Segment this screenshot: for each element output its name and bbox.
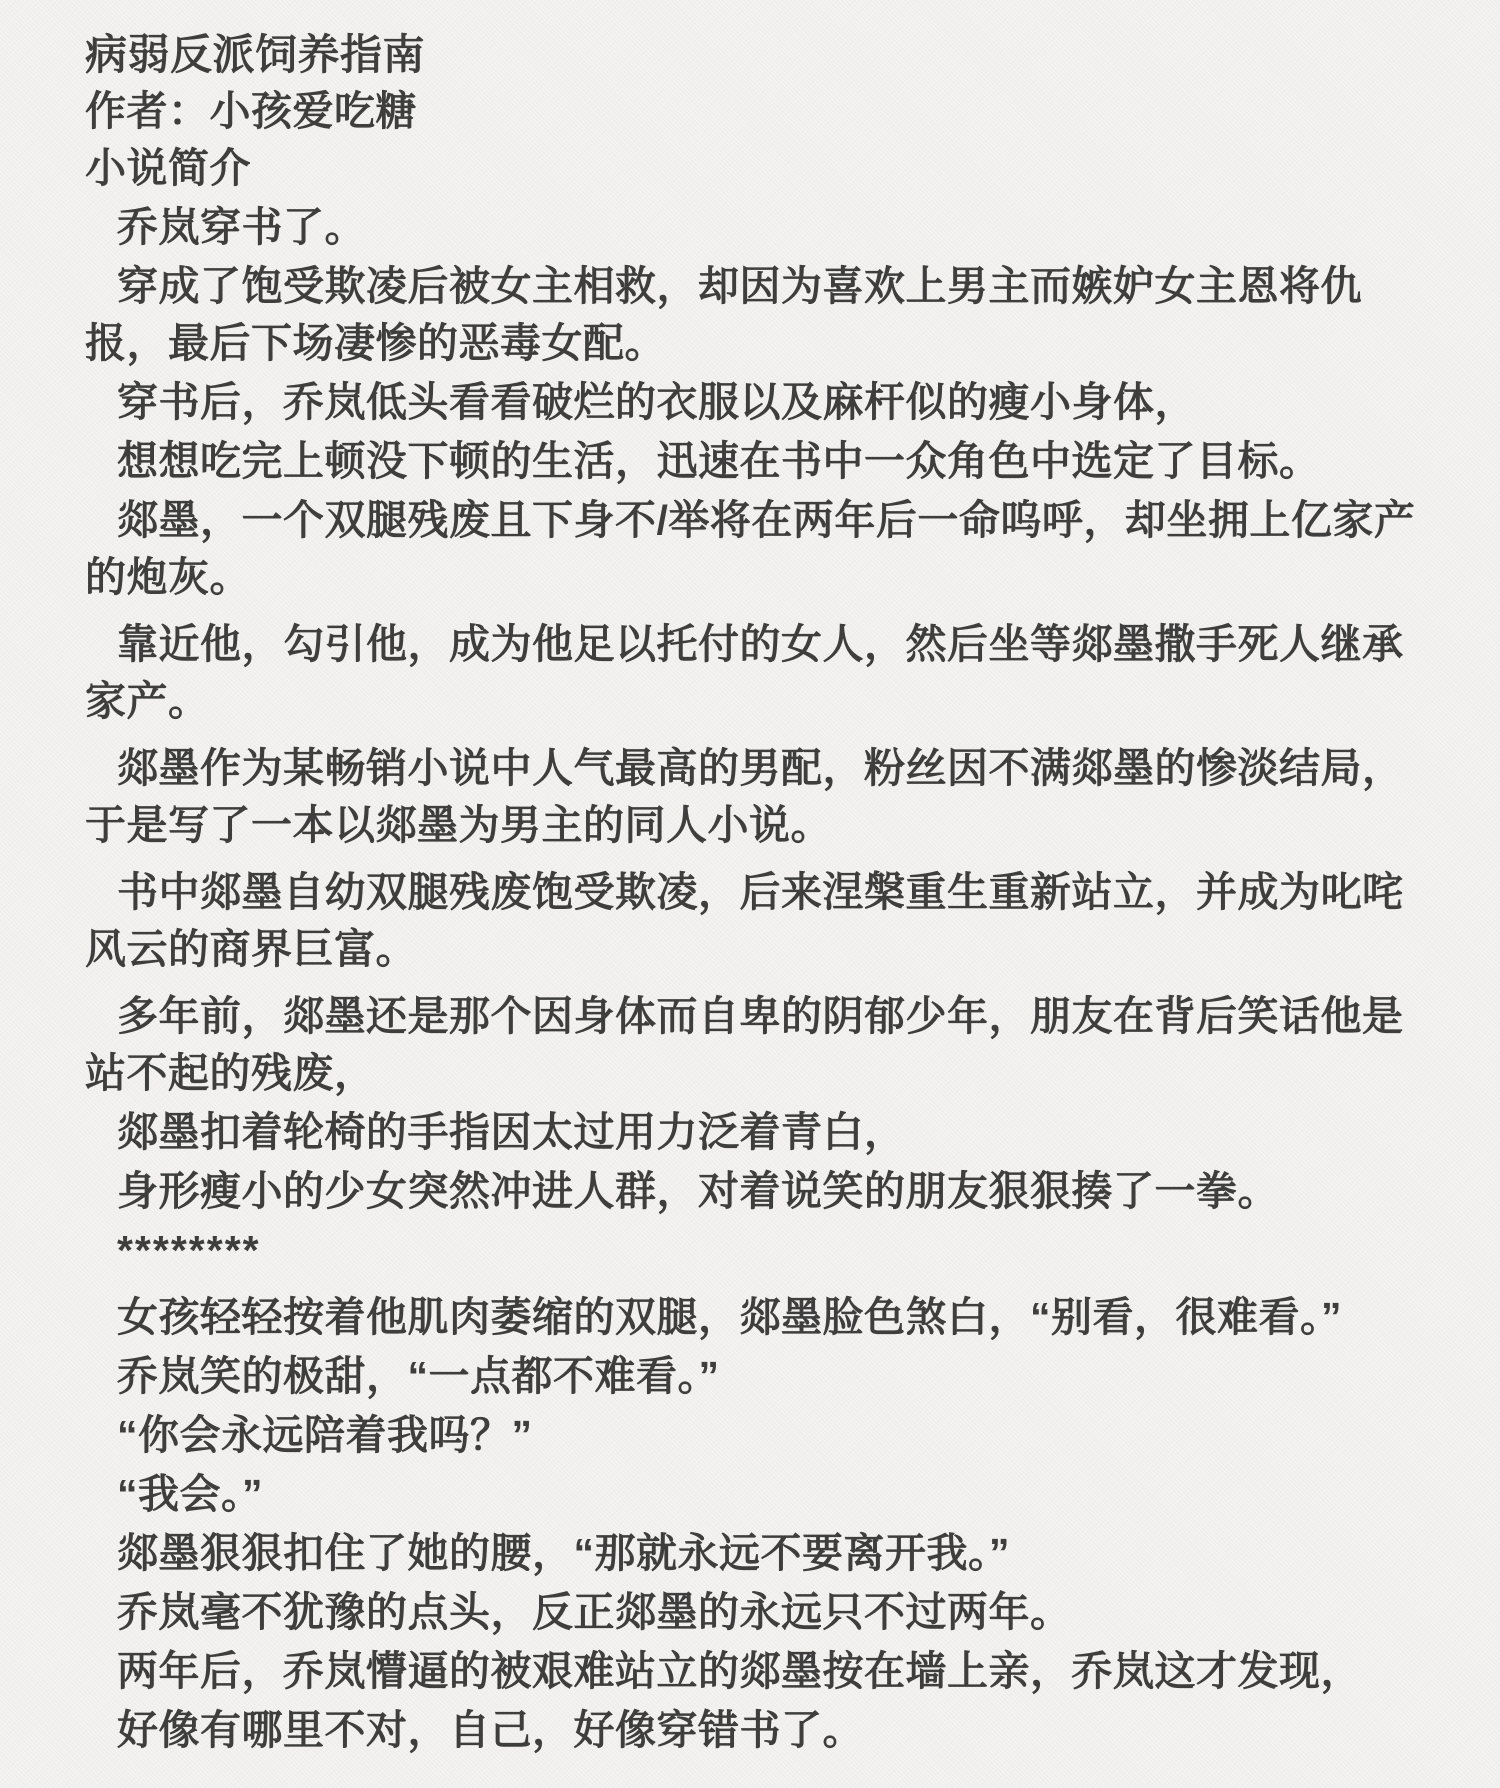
synopsis-paragraph: “你会永远陪着我吗？”: [85, 1407, 1432, 1464]
synopsis-paragraph: 穿成了饱受欺凌后被女主相救，却因为喜欢上男主而嫉妒女主恩将仇报，最后下场凄惨的恶…: [85, 258, 1432, 372]
synopsis-paragraph: “我会。”: [85, 1466, 1432, 1523]
author-line: 作者：小孩爱吃糖: [85, 83, 1432, 140]
scene-divider: ********: [85, 1222, 1432, 1279]
synopsis-paragraph: 多年前，郯墨还是那个因身体而自卑的阴郁少年，朋友在背后笑话他是站不起的残废，: [85, 988, 1432, 1102]
synopsis-paragraph: 乔岚笑的极甜，“一点都不难看。”: [85, 1348, 1432, 1405]
synopsis-paragraph: 郯墨，一个双腿残废且下身不/举将在两年后一命呜呼，却坐拥上亿家产的炮灰。: [85, 492, 1432, 606]
synopsis-paragraph: 郯墨作为某畅销小说中人气最高的男配，粉丝因不满郯墨的惨淡结局，于是写了一本以郯墨…: [85, 740, 1432, 854]
synopsis-paragraph: 乔岚穿书了。: [85, 199, 1432, 256]
synopsis-paragraph: 女孩轻轻按着他肌肉萎缩的双腿，郯墨脸色煞白，“别看，很难看。”: [85, 1289, 1432, 1346]
synopsis-paragraph: 想想吃完上顿没下顿的生活，迅速在书中一众角色中选定了目标。: [85, 433, 1432, 490]
synopsis-paragraph: 乔岚毫不犹豫的点头，反正郯墨的永远只不过两年。: [85, 1584, 1432, 1641]
novel-title: 病弱反派饲养指南: [85, 26, 1432, 83]
section-label: 小说简介: [85, 140, 1432, 197]
synopsis-paragraph: 穿书后，乔岚低头看看破烂的衣服以及麻杆似的瘦小身体，: [85, 374, 1432, 431]
synopsis-paragraph: 靠近他，勾引他，成为他足以托付的女人，然后坐等郯墨撒手死人继承家产。: [85, 616, 1432, 730]
synopsis-paragraph: 两年后，乔岚懵逼的被艰难站立的郯墨按在墙上亲，乔岚这才发现，: [85, 1643, 1432, 1700]
synopsis-paragraph: 郯墨扣着轮椅的手指因太过用力泛着青白，: [85, 1104, 1432, 1161]
synopsis-paragraph: 郯墨狠狠扣住了她的腰，“那就永远不要离开我。”: [85, 1525, 1432, 1582]
synopsis-paragraph: 好像有哪里不对，自己，好像穿错书了。: [85, 1702, 1432, 1759]
document-page: 病弱反派饲养指南 作者：小孩爱吃糖 小说简介 乔岚穿书了。 穿成了饱受欺凌后被女…: [0, 0, 1500, 1788]
synopsis-paragraph: 身形瘦小的少女突然冲进人群，对着说笑的朋友狠狠揍了一拳。: [85, 1163, 1432, 1220]
synopsis-paragraph: 书中郯墨自幼双腿残废饱受欺凌，后来涅槃重生重新站立，并成为叱咤风云的商界巨富。: [85, 864, 1432, 978]
